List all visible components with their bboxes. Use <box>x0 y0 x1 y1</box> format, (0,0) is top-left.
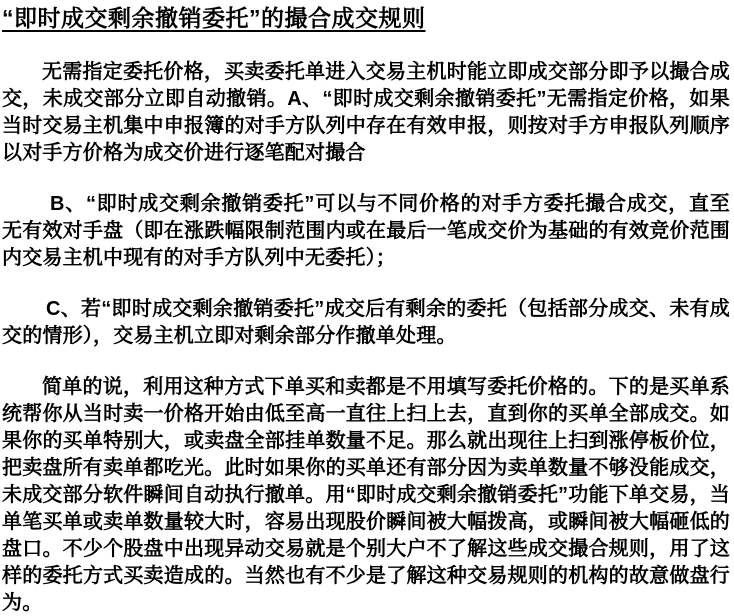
document-page: “即时成交剩余撤销委托”的撮合成交规则 无需指定委托价格，买卖委托单进入交易主机… <box>0 0 734 616</box>
paragraph-explanation: 简单的说，利用这种方式下单买和卖都是不用填写委托价格的。下的是买单系统帮你从当时… <box>2 374 730 616</box>
paragraph-rule-b: B、“即时成交剩余撤销委托”可以与不同价格的对手方委托撮合成交，直至无有效对手盘… <box>2 191 730 272</box>
paragraph-intro: 无需指定委托价格，买卖委托单进入交易主机时能立即成交部分即予以撮合成交，未成交部… <box>2 59 730 167</box>
paragraph-rule-c: C、若“即时成交剩余撤销委托”成交后有剩余的委托（包括部分成交、未有成交的情形）… <box>2 296 730 350</box>
page-title: “即时成交剩余撤销委托”的撮合成交规则 <box>2 4 730 33</box>
